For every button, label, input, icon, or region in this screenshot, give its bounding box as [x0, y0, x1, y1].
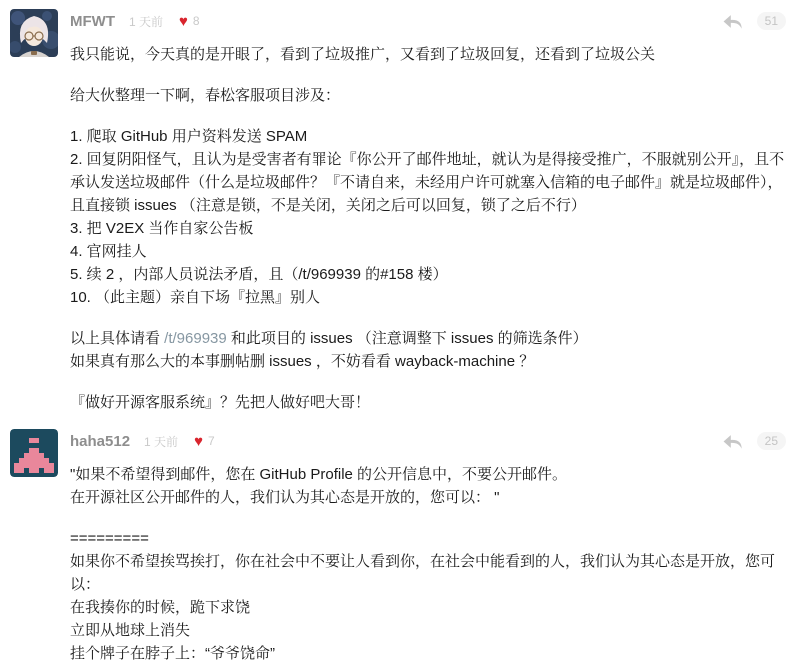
content-line: 5. 续 2 ，内部人员说法矛盾，且（/t/969939 的#158 楼） [70, 263, 794, 286]
text-segment: 给大伙整理一下啊，春松客服项目涉及： [70, 87, 340, 104]
text-segment: 1. 爬取 GitHub 用户资料发送 SPAM [70, 128, 307, 145]
comment-item: MFWT 1 天前 ♥ 8 51 我只能说，今天真的是开眼了，看到了垃圾推广，又… [0, 0, 800, 420]
text-segment: 立即从地球上消失 [70, 622, 190, 639]
text-segment: 4. 官网挂人 [70, 243, 147, 260]
text-segment: 5. 续 2 ，内部人员说法矛盾，且（/t/969939 的#158 楼） [70, 266, 448, 283]
text-segment: 在开源社区公开邮件的人，我们认为其心态是开放的，您可以： " [70, 489, 500, 506]
content-line [70, 373, 794, 391]
content-line [70, 309, 794, 327]
text-segment: 如果你不希望挨骂挨打，你在社会中不要让人看到你，在社会中能看到的人，我们认为其心… [70, 553, 775, 593]
text-segment: 10. （此主题）亲自下场『拉黑』别人 [70, 289, 320, 306]
user-avatar[interactable] [10, 429, 58, 477]
comment-thread: MFWT 1 天前 ♥ 8 51 我只能说，今天真的是开眼了，看到了垃圾推广，又… [0, 0, 800, 666]
content-line: 3. 把 V2EX 当作自家公告板 [70, 217, 794, 240]
heart-icon: ♥ [179, 14, 188, 29]
content-line [70, 509, 794, 527]
content-line: 10. （此主题）亲自下场『拉黑』别人 [70, 286, 794, 309]
comment-item: haha512 1 天前 ♥ 7 25 "如果不希望得到邮件，您在 GitHub… [0, 420, 800, 666]
content-line: 我只能说，今天真的是开眼了，看到了垃圾推广，又看到了垃圾回复，还看到了垃圾公关 [70, 43, 794, 66]
content-line: 给大伙整理一下啊，春松客服项目涉及： [70, 84, 794, 107]
comment-main: MFWT 1 天前 ♥ 8 51 我只能说，今天真的是开眼了，看到了垃圾推广，又… [70, 9, 794, 414]
text-segment: 挂个牌子在脖子上：“爷爷饶命” [70, 645, 275, 662]
floor-badge: 51 [757, 12, 786, 30]
heart-icon: ♥ [194, 434, 203, 449]
text-segment: 和此项目的 issues （注意调整下 issues 的筛选条件） [227, 330, 588, 347]
portrait-avatar-icon [10, 9, 58, 57]
content-line [70, 66, 794, 84]
reply-icon[interactable] [722, 433, 743, 450]
comment-content: "如果不希望得到邮件，您在 GitHub Profile 的公开信息中，不要公开… [70, 463, 794, 665]
text-segment: 在我揍你的时候，跪下求饶 [70, 599, 250, 616]
content-line: 4. 官网挂人 [70, 240, 794, 263]
content-line [70, 107, 794, 125]
content-line: 1. 爬取 GitHub 用户资料发送 SPAM [70, 125, 794, 148]
text-segment: 如果真有那么大的本事删帖删 issues ，不妨看看 wayback-machi… [70, 353, 534, 370]
text-segment: 以上具体请看 [70, 330, 164, 347]
comment-content: 我只能说，今天真的是开眼了，看到了垃圾推广，又看到了垃圾回复，还看到了垃圾公关给… [70, 43, 794, 414]
content-line: 在我揍你的时候，跪下求饶 [70, 596, 794, 619]
text-segment: ========= [70, 530, 149, 547]
timestamp: 1 天前 [129, 13, 163, 30]
content-line: 如果真有那么大的本事删帖删 issues ，不妨看看 wayback-machi… [70, 350, 794, 373]
content-line: 立即从地球上消失 [70, 619, 794, 642]
text-segment: 『做好开源客服系统』？先把人做好吧大哥！ [70, 394, 370, 411]
text-segment: "如果不希望得到邮件，您在 GitHub Profile 的公开信息中，不要公开… [70, 466, 567, 483]
content-line: ========= [70, 527, 794, 550]
comment-header: haha512 1 天前 ♥ 7 25 [70, 430, 794, 452]
content-line: 如果你不希望挨骂挨打，你在社会中不要让人看到你，在社会中能看到的人，我们认为其心… [70, 550, 794, 596]
username-link[interactable]: MFWT [70, 13, 115, 30]
floor-badge: 25 [757, 432, 786, 450]
username-link[interactable]: haha512 [70, 433, 130, 450]
text-segment: 2. 回复阴阳怪气，且认为是受害者有罪论『你公开了邮件地址，就认为是得接受推广，… [70, 151, 784, 214]
content-line: "如果不希望得到邮件，您在 GitHub Profile 的公开信息中，不要公开… [70, 463, 794, 486]
pixel-avatar-icon [10, 429, 58, 477]
reply-icon[interactable] [722, 13, 743, 30]
timestamp: 1 天前 [144, 433, 178, 450]
inline-link[interactable]: /t/969939 [164, 330, 227, 347]
user-avatar[interactable] [10, 9, 58, 57]
content-line: 在开源社区公开邮件的人，我们认为其心态是开放的，您可以： " [70, 486, 794, 509]
like-count: 8 [193, 14, 200, 28]
comment-main: haha512 1 天前 ♥ 7 25 "如果不希望得到邮件，您在 GitHub… [70, 429, 794, 665]
content-line: 以上具体请看 /t/969939 和此项目的 issues （注意调整下 iss… [70, 327, 794, 350]
like-count: 7 [208, 434, 215, 448]
text-segment: 我只能说，今天真的是开眼了，看到了垃圾推广，又看到了垃圾回复，还看到了垃圾公关 [70, 46, 655, 63]
content-line: 挂个牌子在脖子上：“爷爷饶命” [70, 642, 794, 665]
content-line: 『做好开源客服系统』？先把人做好吧大哥！ [70, 391, 794, 414]
text-segment: 3. 把 V2EX 当作自家公告板 [70, 220, 253, 237]
comment-header: MFWT 1 天前 ♥ 8 51 [70, 10, 794, 32]
content-line: 2. 回复阴阳怪气，且认为是受害者有罪论『你公开了邮件地址，就认为是得接受推广，… [70, 148, 794, 217]
